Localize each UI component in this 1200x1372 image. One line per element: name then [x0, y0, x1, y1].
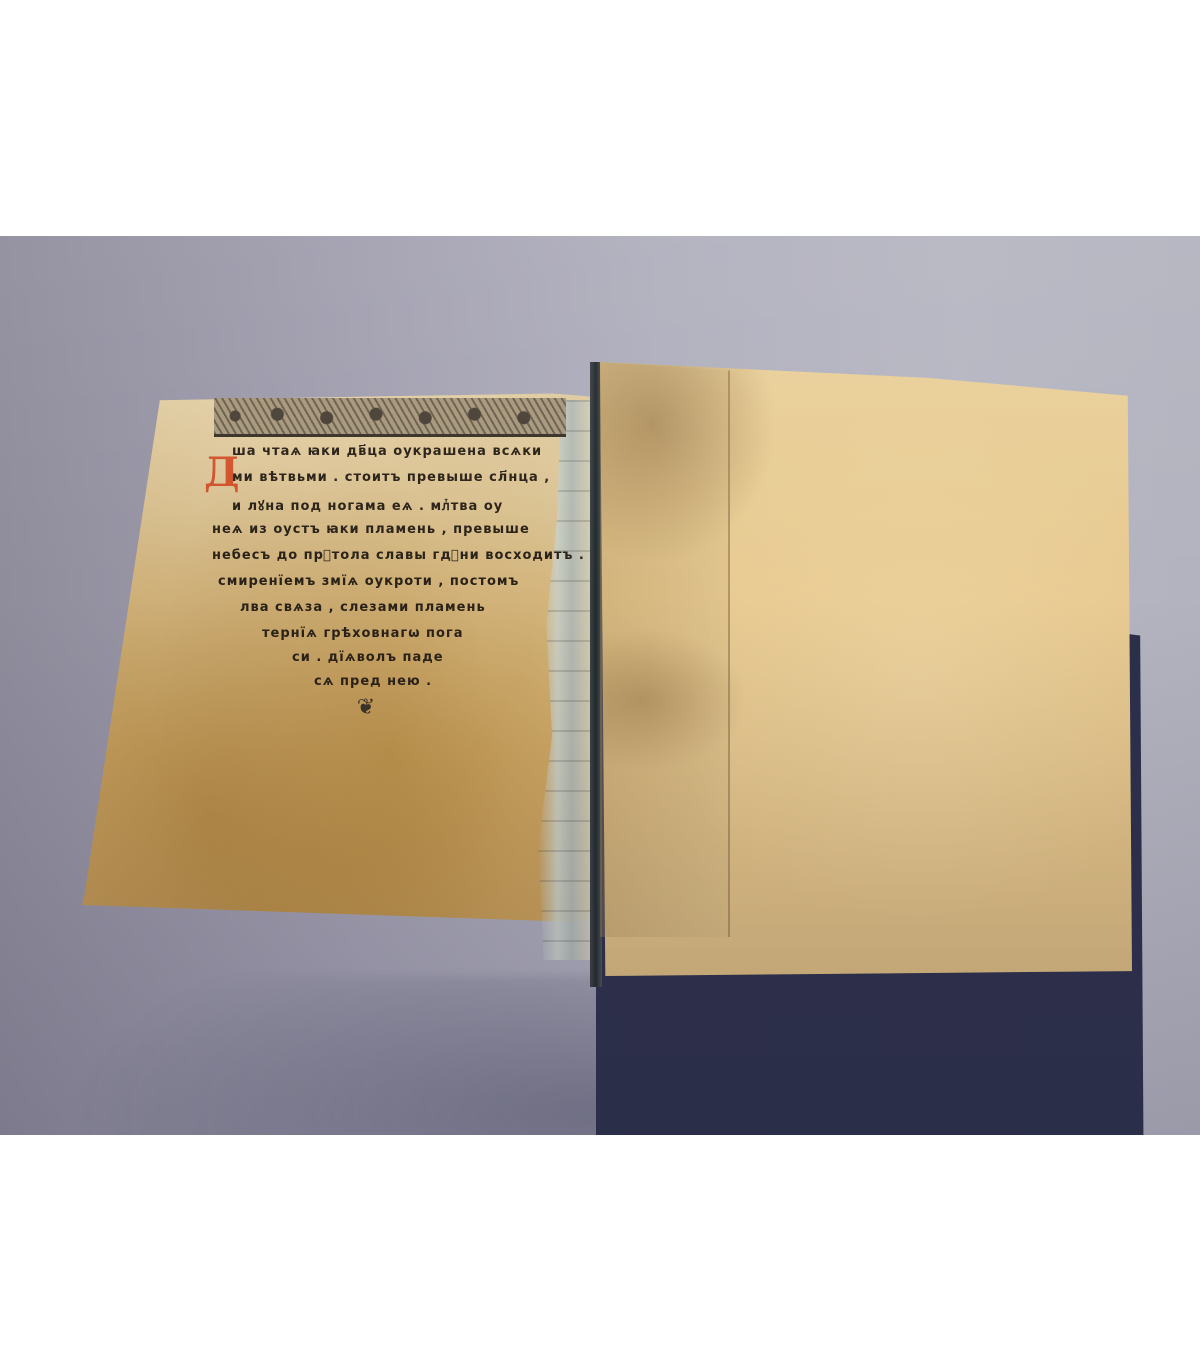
book-photo: Д ша чтаѧ ꙗки дв҃ца оукрашена всѧки ми в… — [0, 236, 1200, 1135]
text-line-8: тернїѧ грѣховнагѡ пога — [262, 626, 464, 641]
ornamental-headpiece — [214, 398, 566, 437]
ornamental-tailpiece: ❦ — [344, 696, 388, 720]
printed-text-block: Д ша чтаѧ ꙗки дв҃ца оукрашена всѧки ми в… — [210, 394, 570, 734]
text-line-3: и лꙋна под ногама еѧ . млⷮтва оу — [232, 496, 503, 514]
tape-hinge — [600, 362, 730, 937]
red-initial-letter: Д — [204, 442, 226, 504]
text-line-7: лва свѧза , слезами пламень — [240, 600, 486, 615]
text-line-last: сѧ пред нею . — [314, 674, 432, 689]
text-line-6: смиренїемъ змїѧ оукроти , постомъ — [218, 574, 519, 589]
text-line-5: небесъ до прⷭтола славы гдⷭни восходитъ … — [212, 548, 585, 563]
text-line-2: ми вѣтвьми . стоитъ превыше сл҃нца , — [232, 470, 550, 485]
text-line-1: ша чтаѧ ꙗки дв҃ца оукрашена всѧки — [232, 444, 542, 459]
text-line-9: си . дїѧволъ паде — [292, 650, 444, 665]
text-line-4: неѧ из оустъ ꙗки пламень , превыше — [212, 522, 530, 537]
